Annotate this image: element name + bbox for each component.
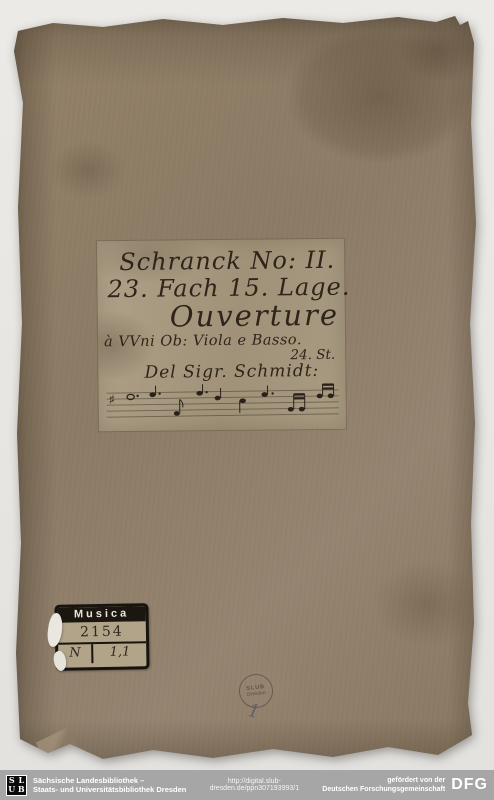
svg-text:♯: ♯ [109, 393, 115, 408]
plate-collection-name: Musica [57, 606, 145, 623]
funding-note: gefördert von der Deutschen Forschungsge… [322, 776, 445, 794]
dfg-logo: DFG [451, 777, 488, 793]
shelfmark-line-1: Schranck No: II. [97, 239, 344, 277]
footer-bar: S L U B Sächsische Landesbibliothek – St… [0, 770, 494, 800]
cover-paper: Schranck No: II. 23. Fach 15. Lage. Ouve… [8, 13, 478, 761]
dog-ear-fold [36, 727, 82, 753]
music-incipit: ♯ [105, 382, 341, 424]
library-shelfmark-plate: Musica 2154 N 1,1 [54, 603, 149, 671]
work-title: Ouverture [98, 300, 345, 333]
document-url: http://digital.slub-dresden.de/ppn307193… [192, 778, 316, 792]
plate-sub-number: 1,1 [94, 643, 147, 663]
scan-viewer-page: Schranck No: II. 23. Fach 15. Lage. Ouve… [0, 0, 494, 800]
plate-number: 2154 [58, 621, 146, 645]
slub-logo-icon: S L U B [6, 775, 27, 796]
library-name: Sächsische Landesbibliothek – Staats- un… [33, 776, 186, 794]
composer-attribution: Del Sigr. Schmidt: [98, 362, 345, 384]
manuscript-cover-scan: Schranck No: II. 23. Fach 15. Lage. Ouve… [8, 13, 478, 761]
handwritten-title-slip: Schranck No: II. 23. Fach 15. Lage. Ouve… [97, 239, 346, 432]
